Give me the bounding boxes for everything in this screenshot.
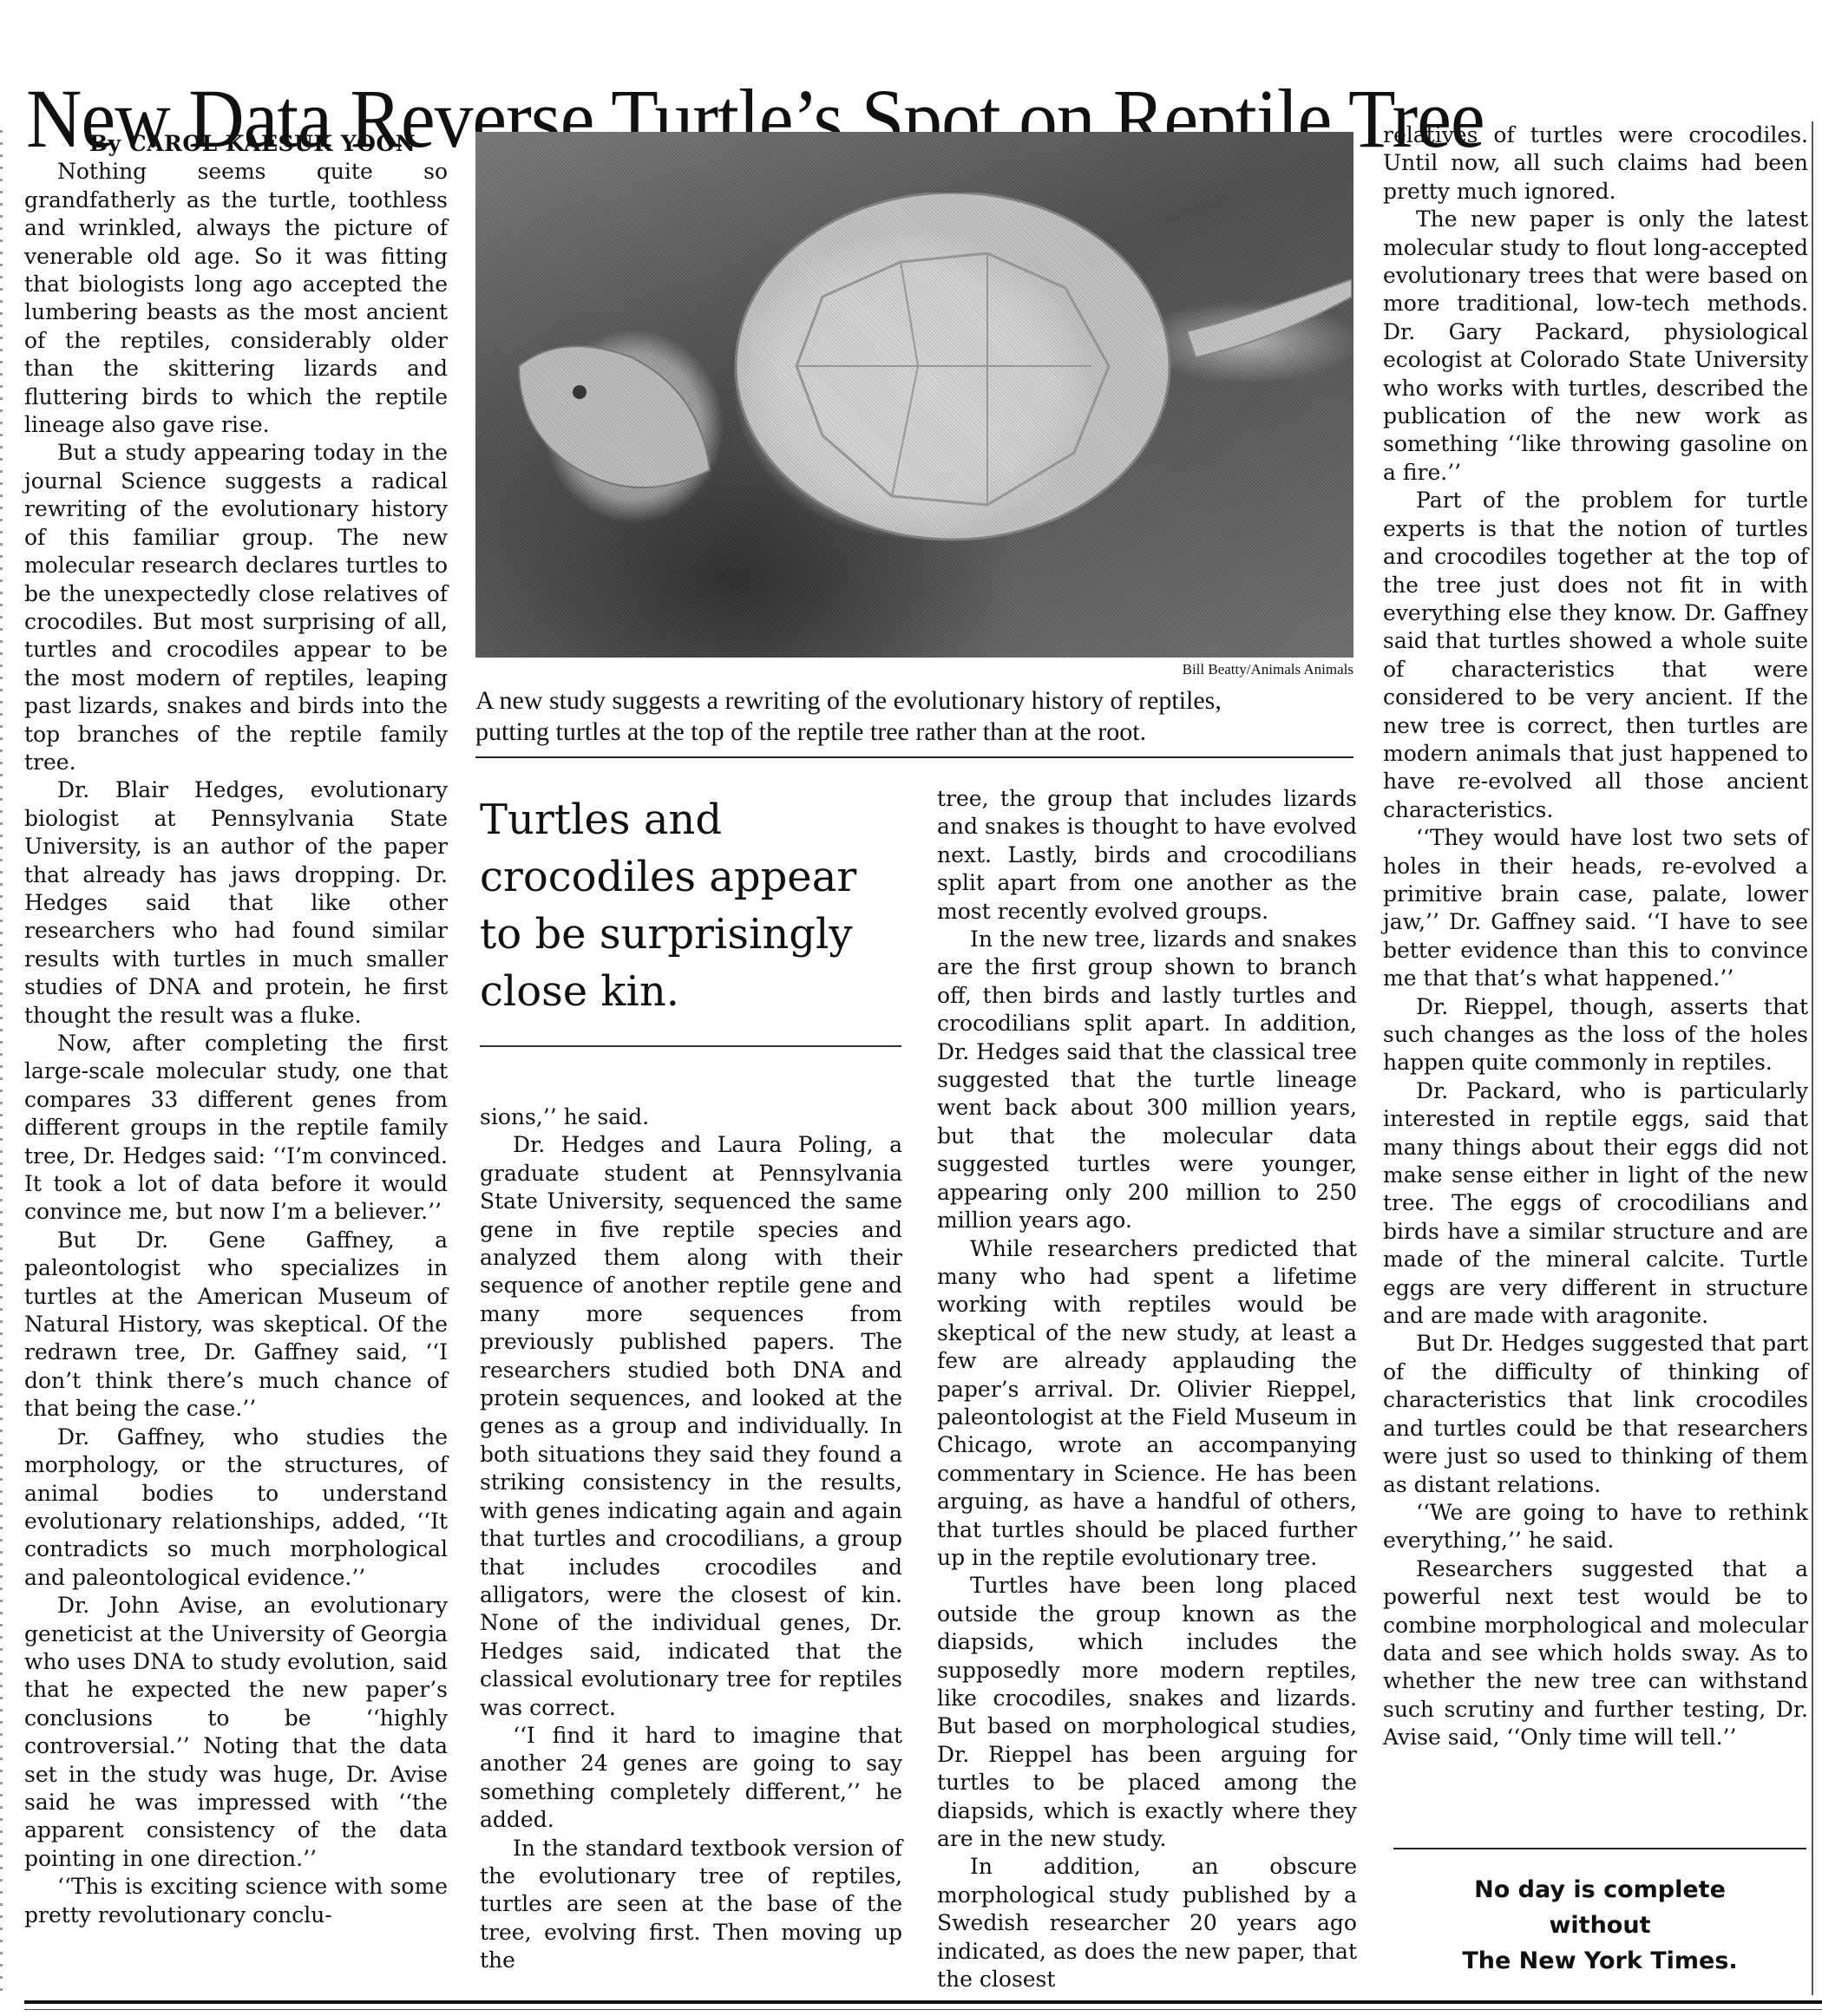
paragraph: ‘‘I find it hard to imagine that another…	[480, 1722, 902, 1835]
paragraph: ‘‘They would have lost two sets of holes…	[1383, 824, 1808, 992]
turtle-tail-illustration	[1187, 279, 1352, 357]
caption-line: putting turtles at the top of the reptil…	[475, 717, 1353, 748]
page-bottom-rule	[24, 2009, 1822, 2010]
turtle-head-illustration	[501, 331, 727, 505]
column-3: tree, the group that includes lizards an…	[937, 785, 1357, 1993]
paragraph: In addition, an obscure morphological st…	[937, 1853, 1357, 1993]
paragraph: ‘‘This is exciting science with some pre…	[24, 1873, 448, 1929]
caption-line: A new study suggests a rewriting of the …	[475, 685, 1353, 717]
column-1: By CAROL KAESUK YOON Nothing seems quite…	[24, 130, 448, 1929]
page-bottom-rule	[24, 2000, 1822, 2004]
paragraph: In the standard textbook version of the …	[480, 1835, 902, 1975]
paragraph: ‘‘We are going to have to rethink everyt…	[1383, 1499, 1808, 1555]
paragraph: sions,’’ he said.	[480, 1103, 902, 1131]
photo-credit: Bill Beatty/Animals Animals	[475, 661, 1353, 680]
paragraph: Dr. Rieppel, though, asserts that such c…	[1383, 993, 1808, 1077]
photo-block: Bill Beatty/Animals Animals A new study …	[475, 132, 1353, 748]
paragraph: tree, the group that includes lizards an…	[937, 785, 1357, 926]
paragraph: In the new tree, lizards and snakes are …	[937, 926, 1357, 1234]
paragraph: Part of the problem for turtle experts i…	[1383, 487, 1808, 824]
paragraph: Dr. Packard, who is particularly interes…	[1383, 1077, 1808, 1331]
house-ad-line: without	[1393, 1908, 1806, 1943]
pull-quote: Turtles and crocodiles appear to be surp…	[480, 791, 905, 1020]
paragraph: But a study appearing today in the journ…	[24, 439, 448, 776]
paragraph: Dr. Gaffney, who studies the morphology,…	[24, 1424, 448, 1592]
paragraph: Dr. Hedges and Laura Poling, a graduate …	[480, 1131, 902, 1722]
turtle-photo	[475, 132, 1353, 658]
pull-quote-line: Turtles and	[480, 791, 905, 848]
paragraph: Now, after completing the first large-sc…	[24, 1030, 448, 1227]
turtle-shell-illustration	[701, 193, 1187, 557]
house-ad-line: No day is complete	[1393, 1872, 1806, 1908]
paragraph: Dr. John Avise, an evolutionary genetici…	[24, 1592, 448, 1873]
paragraph: While researchers predicted that many wh…	[937, 1235, 1357, 1573]
pull-quote-line: crocodiles appear	[480, 848, 905, 906]
photo-caption: A new study suggests a rewriting of the …	[475, 685, 1353, 748]
byline: By CAROL KAESUK YOON	[24, 130, 448, 158]
paragraph: But Dr. Gene Gaffney, a paleontologist w…	[24, 1227, 448, 1424]
house-ad-line: The New York Times.	[1393, 1943, 1806, 1979]
paragraph: Turtles have been long placed outside th…	[937, 1572, 1357, 1853]
paragraph: Researchers suggested that a powerful ne…	[1383, 1555, 1808, 1752]
pull-quote-line: to be surprisingly	[480, 906, 905, 963]
divider	[475, 756, 1353, 758]
column-border	[1812, 121, 1813, 1995]
paragraph: Nothing seems quite so grandfatherly as …	[24, 158, 448, 439]
paragraph: The new paper is only the latest molecul…	[1383, 206, 1808, 487]
divider	[480, 1045, 901, 1047]
paragraph: relatives of turtles were crocodiles. Un…	[1383, 121, 1808, 206]
column-2: sions,’’ he said. Dr. Hedges and Laura P…	[480, 1103, 902, 1975]
house-ad: No day is complete without The New York …	[1393, 1872, 1806, 1979]
divider	[1393, 1848, 1806, 1849]
paragraph: But Dr. Hedges suggested that part of th…	[1383, 1330, 1808, 1498]
paragraph: Dr. Blair Hedges, evolutionary biologist…	[24, 776, 448, 1030]
pull-quote-line: close kin.	[480, 963, 905, 1020]
scan-edge-marks	[0, 130, 3, 1995]
column-4: relatives of turtles were crocodiles. Un…	[1383, 121, 1808, 1752]
